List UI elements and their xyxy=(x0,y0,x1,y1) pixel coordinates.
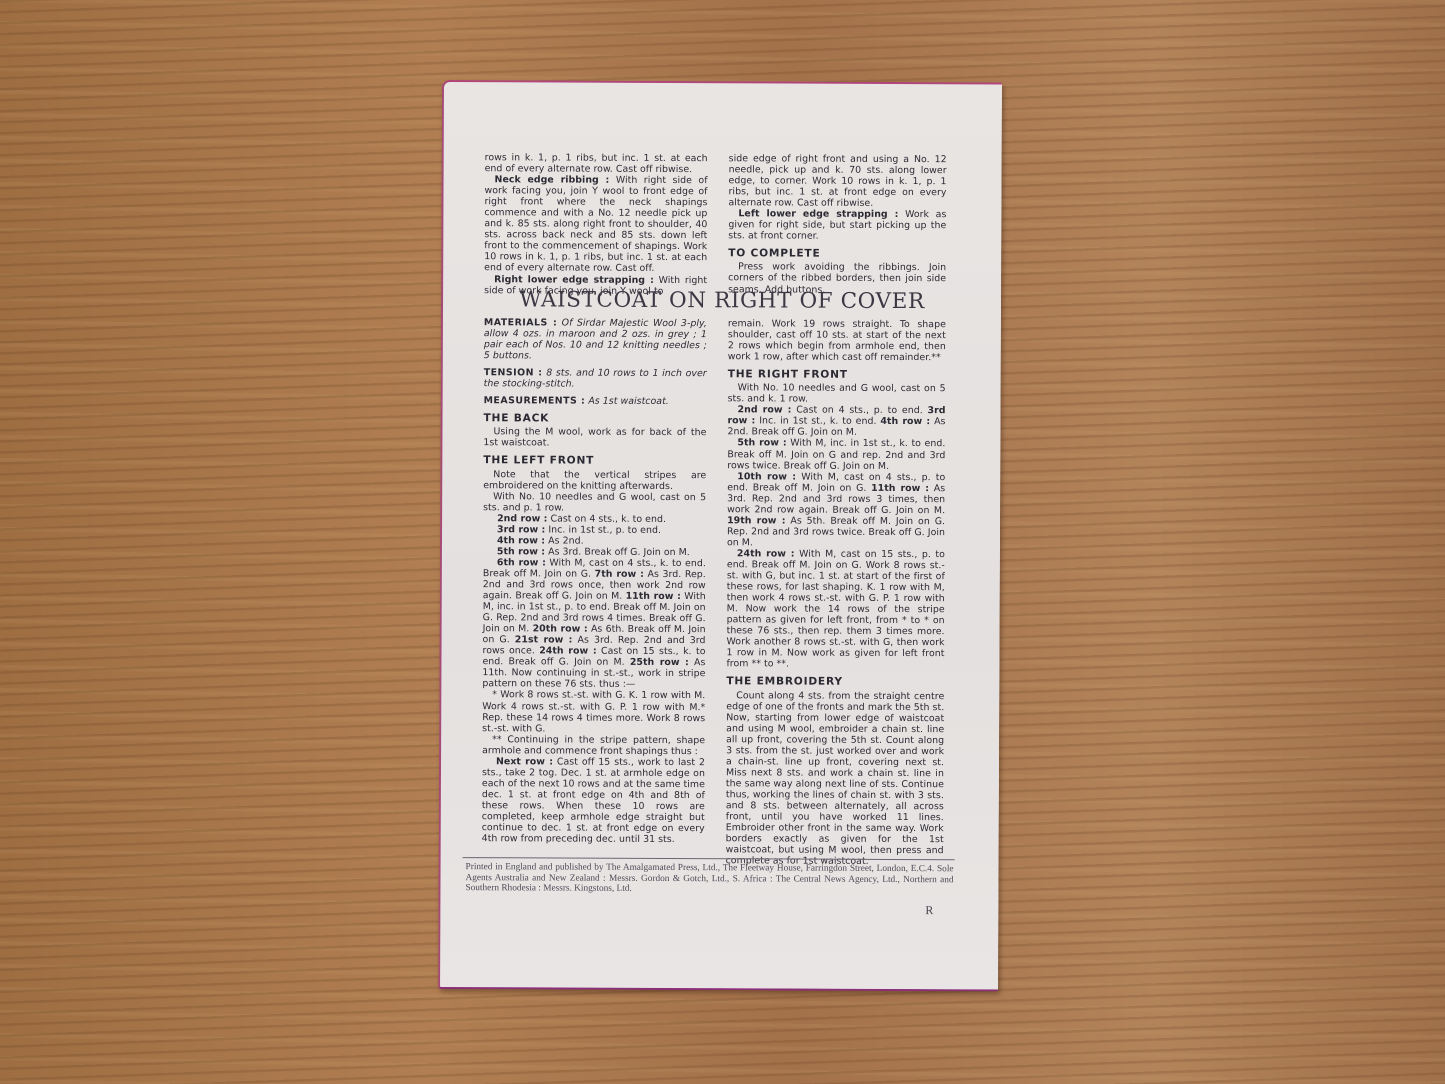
row-label: 24th row : xyxy=(539,646,596,657)
row-text: With M, cast on 15 sts., p. to end. Brea… xyxy=(726,548,945,669)
inline-heading: Left lower edge strapping : xyxy=(738,209,898,221)
paragraph: rows in k. 1, p. 1 ribs, but inc. 1 st. … xyxy=(485,152,708,175)
top-left-column: rows in k. 1, p. 1 ribs, but inc. 1 st. … xyxy=(484,152,708,297)
paragraph: Count along 4 sts. from the straight cen… xyxy=(726,690,945,868)
section-heading-the-embroidery: THE EMBROIDERY xyxy=(726,677,944,689)
row-label: 11th row : xyxy=(626,591,681,602)
bottom-right-column: remain. Work 19 rows straight. To shape … xyxy=(726,318,946,867)
row-label: 5th row : xyxy=(737,438,786,449)
pattern-leaflet-page: rows in k. 1, p. 1 ribs, but inc. 1 st. … xyxy=(438,80,1002,991)
row-text: As 3rd. Break off G. Join on M. xyxy=(545,546,690,558)
row-label: 21st row : xyxy=(515,635,573,646)
section-heading-the-right-front: THE RIGHT FRONT xyxy=(728,369,946,381)
row-instruction: Next row : Cast off 15 sts., work to las… xyxy=(482,756,705,845)
row-label: 3rd row : xyxy=(497,524,545,535)
row-text: Inc. in 1st st., k. to end. xyxy=(755,416,880,428)
row-label: 24th row : xyxy=(737,548,795,559)
row-text: Inc. in 1st st., p. to end. xyxy=(545,524,661,536)
row-text: Cast on 4 sts., k. to end. xyxy=(547,513,666,525)
paragraph: Using the M wool, work as for back of th… xyxy=(483,427,706,450)
row-instruction: 24th row : With M, cast on 15 sts., p. t… xyxy=(726,548,945,670)
row-label: 4th row : xyxy=(497,535,545,546)
paragraph: With No. 10 needles and G wool, cast on … xyxy=(728,382,946,405)
row-text: Cast on 4 sts., p. to end. xyxy=(791,405,927,417)
paragraph-text: With right side of work facing you, join… xyxy=(484,175,707,275)
inline-heading: TENSION : xyxy=(484,367,543,378)
top-right-column: side edge of right front and using a No.… xyxy=(728,153,947,296)
row-label: 2nd row : xyxy=(738,405,792,416)
inline-heading: MATERIALS : xyxy=(484,317,557,328)
inline-heading: Right lower edge strapping : xyxy=(494,274,654,286)
row-label: Next row : xyxy=(496,756,553,767)
paragraph: side edge of right front and using a No.… xyxy=(728,153,946,209)
publisher-imprint: Printed in England and published by The … xyxy=(465,862,953,896)
paragraph: remain. Work 19 rows straight. To shape … xyxy=(728,318,946,363)
row-label: 10th row : xyxy=(737,471,796,482)
row-label: 4th row : xyxy=(880,416,930,427)
row-instruction: 6th row : With M, cast on 4 sts., k. to … xyxy=(482,557,706,691)
section-heading-the-back: THE BACK xyxy=(483,414,706,426)
row-label: 7th row : xyxy=(595,569,644,580)
row-label: 5th row : xyxy=(497,546,545,557)
row-label: 2nd row : xyxy=(497,513,547,524)
row-text: As 2nd. xyxy=(545,535,584,546)
row-label: 19th row : xyxy=(727,515,785,526)
spec-text: As 1st waistcoat. xyxy=(585,396,669,407)
bottom-left-column: MATERIALS : Of Sirdar Majestic Wool 3-pl… xyxy=(482,317,707,845)
materials-spec: MATERIALS : Of Sirdar Majestic Wool 3-pl… xyxy=(484,317,707,362)
tension-spec: TENSION : 8 sts. and 10 rows to 1 inch o… xyxy=(484,367,707,390)
paragraph: Note that the vertical stripes are embro… xyxy=(483,469,706,492)
page-title: WAISTCOAT ON RIGHT OF COVER xyxy=(443,287,1001,314)
row-label: 11th row : xyxy=(871,483,929,494)
paragraph: * Work 8 rows st.-st. with G. K. 1 row w… xyxy=(482,690,705,735)
row-instruction: 10th row : With M, cast on 4 sts., p. to… xyxy=(727,471,945,549)
row-instruction: 2nd row : Cast on 4 sts., p. to end. 3rd… xyxy=(727,405,945,439)
measurements-spec: MEASUREMENTS : As 1st waistcoat. xyxy=(484,395,707,407)
paragraph: Neck edge ribbing : With right side of w… xyxy=(484,174,707,274)
row-label: 25th row : xyxy=(630,657,689,668)
paragraph: With No. 10 needles and G wool, cast on … xyxy=(483,491,706,514)
row-instruction: 5th row : With M, inc. in 1st st., k. to… xyxy=(727,438,945,472)
row-text: Cast off 15 sts., work to last 2 sts., t… xyxy=(482,756,705,845)
row-label: 6th row : xyxy=(497,557,546,568)
page-mark: R xyxy=(925,903,933,918)
inline-heading: MEASUREMENTS : xyxy=(484,395,586,406)
row-label: 20th row : xyxy=(533,624,588,635)
section-heading-to-complete: TO COMPLETE xyxy=(728,249,946,261)
paragraph: Left lower edge strapping : Work as give… xyxy=(728,208,946,242)
paragraph: ** Continuing in the stripe pattern, sha… xyxy=(482,734,705,757)
inline-heading: Neck edge ribbing : xyxy=(495,174,610,186)
section-heading-the-left-front: THE LEFT FRONT xyxy=(483,456,706,468)
